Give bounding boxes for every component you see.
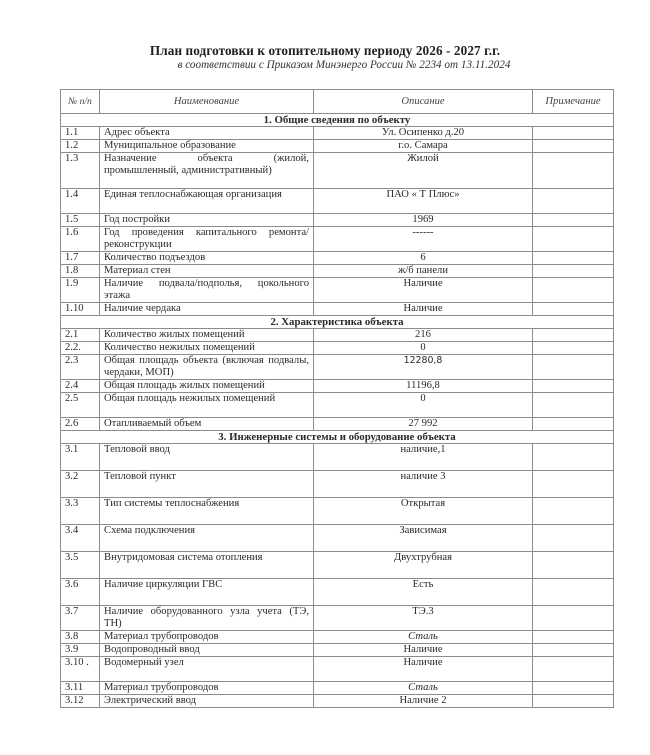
row-name: Количество нежилых помещений (100, 342, 314, 355)
row-note (533, 342, 614, 355)
table-row: 3.10 .Водомерный узелНаличие (61, 657, 614, 682)
row-name: Тепловой пункт (100, 471, 314, 498)
row-note (533, 380, 614, 393)
row-note (533, 127, 614, 140)
row-name: Внутридомовая система отопления (100, 552, 314, 579)
row-name: Количество жилых помещений (100, 329, 314, 342)
header-num: № п/п (61, 90, 100, 114)
row-note (533, 471, 614, 498)
row-name: Водопроводный ввод (100, 644, 314, 657)
row-note (533, 631, 614, 644)
row-note (533, 606, 614, 631)
row-number: 3.4 (61, 525, 100, 552)
row-note (533, 393, 614, 418)
row-description: Двухтрубная (314, 552, 533, 579)
header-description: Описание (314, 90, 533, 114)
row-description: 11196,8 (314, 380, 533, 393)
row-note (533, 418, 614, 431)
row-name: Год проведения капитального ремонта/реко… (100, 227, 314, 252)
row-number: 3.2 (61, 471, 100, 498)
document-title: План подготовки к отопительному периоду … (0, 43, 650, 59)
table-row: 3.2Тепловой пунктналичие 3 (61, 471, 614, 498)
row-note (533, 579, 614, 606)
table-row: 3.9Водопроводный вводНаличие (61, 644, 614, 657)
row-description: 1969 (314, 214, 533, 227)
row-description: Наличие (314, 303, 533, 316)
table-row: 1.1Адрес объектаУл. Осипенко д.20 (61, 127, 614, 140)
row-note (533, 657, 614, 682)
section-title: 2. Характеристика объекта (61, 316, 614, 329)
row-description: Наличие (314, 644, 533, 657)
row-number: 3.1 (61, 444, 100, 471)
row-note (533, 695, 614, 708)
row-description: ТЭ.3 (314, 606, 533, 631)
row-description: Сталь (314, 682, 533, 695)
table-row: 3.6Наличие циркуляции ГВСЕсть (61, 579, 614, 606)
row-number: 1.5 (61, 214, 100, 227)
row-number: 1.1 (61, 127, 100, 140)
row-number: 2.5 (61, 393, 100, 418)
table-row: 2.5Общая площадь нежилых помещений0 (61, 393, 614, 418)
header-name: Наименование (100, 90, 314, 114)
section-title: 1. Общие сведения по объекту (61, 114, 614, 127)
table-row: 3.8Материал трубопроводовСталь (61, 631, 614, 644)
row-note (533, 552, 614, 579)
row-note (533, 140, 614, 153)
row-number: 1.9 (61, 278, 100, 303)
row-name: Наличие чердака (100, 303, 314, 316)
row-description: 27 992 (314, 418, 533, 431)
section-header-row: 3. Инженерные системы и оборудование объ… (61, 431, 614, 444)
table-row: 1.8Материал стенж/б панели (61, 265, 614, 278)
row-number: 3.12 (61, 695, 100, 708)
row-number: 1.2 (61, 140, 100, 153)
table-row: 3.7Наличие оборудованного узла учета (ТЭ… (61, 606, 614, 631)
section-header-row: 2. Характеристика объекта (61, 316, 614, 329)
row-name: Муниципальное образование (100, 140, 314, 153)
document-subtitle: в соответствии с Приказом Минэнерго Росс… (0, 59, 650, 71)
row-name: Материал стен (100, 265, 314, 278)
row-description: 0 (314, 342, 533, 355)
row-note (533, 355, 614, 380)
row-number: 3.11 (61, 682, 100, 695)
row-description: наличие,1 (314, 444, 533, 471)
row-description: 6 (314, 252, 533, 265)
row-number: 2.1 (61, 329, 100, 342)
row-name: Схема подключения (100, 525, 314, 552)
row-number: 3.8 (61, 631, 100, 644)
row-name: Тип системы теплоснабжения (100, 498, 314, 525)
row-description: г.о. Самара (314, 140, 533, 153)
row-name: Количество подъездов (100, 252, 314, 265)
section-title: 3. Инженерные системы и оборудование объ… (61, 431, 614, 444)
row-description: Наличие (314, 657, 533, 682)
row-name: Общая площадь нежилых помещений (100, 393, 314, 418)
table-row: 2.2.Количество нежилых помещений0 (61, 342, 614, 355)
row-note (533, 265, 614, 278)
row-name: Единая теплоснабжающая организация (100, 189, 314, 214)
row-description: ------ (314, 227, 533, 252)
table-row: 2.6Отапливаемый объем27 992 (61, 418, 614, 431)
row-name: Год постройки (100, 214, 314, 227)
row-note (533, 214, 614, 227)
row-number: 1.8 (61, 265, 100, 278)
row-note (533, 189, 614, 214)
row-number: 1.3 (61, 153, 100, 189)
row-note (533, 227, 614, 252)
row-description: наличие 3 (314, 471, 533, 498)
row-name: Материал трубопроводов (100, 682, 314, 695)
row-number: 3.10 . (61, 657, 100, 682)
table-header-row: № п/п Наименование Описание Примечание (61, 90, 614, 114)
row-name: Наличие подвала/подполья, цокольного эта… (100, 278, 314, 303)
row-name: Тепловой ввод (100, 444, 314, 471)
table-row: 3.3Тип системы теплоснабженияОткрытая (61, 498, 614, 525)
row-description: Наличие 2 (314, 695, 533, 708)
row-description: 216 (314, 329, 533, 342)
table-row: 2.4Общая площадь жилых помещений11196,8 (61, 380, 614, 393)
row-description: Открытая (314, 498, 533, 525)
table-row: 1.4Единая теплоснабжающая организацияПАО… (61, 189, 614, 214)
row-name: Общая площадь жилых помещений (100, 380, 314, 393)
table-row: 1.6Год проведения капитального ремонта/р… (61, 227, 614, 252)
row-note (533, 525, 614, 552)
row-note (533, 303, 614, 316)
table-row: 3.1Тепловой вводналичие,1 (61, 444, 614, 471)
row-description: Зависимая (314, 525, 533, 552)
row-name: Общая площадь объекта (включая подвалы, … (100, 355, 314, 380)
row-note (533, 252, 614, 265)
row-description: Жилой (314, 153, 533, 189)
row-note (533, 278, 614, 303)
row-name: Назначение объекта (жилой, промышленный,… (100, 153, 314, 189)
row-number: 3.3 (61, 498, 100, 525)
row-note (533, 153, 614, 189)
row-name: Наличие оборудованного узла учета (ТЭ, Т… (100, 606, 314, 631)
row-name: Адрес объекта (100, 127, 314, 140)
row-description: 12280,8 (314, 355, 533, 380)
table-row: 3.4Схема подключенияЗависимая (61, 525, 614, 552)
row-number: 2.3 (61, 355, 100, 380)
row-name: Наличие циркуляции ГВС (100, 579, 314, 606)
row-name: Водомерный узел (100, 657, 314, 682)
row-description: Ул. Осипенко д.20 (314, 127, 533, 140)
table-row: 1.9Наличие подвала/подполья, цокольного … (61, 278, 614, 303)
table-row: 1.5Год постройки1969 (61, 214, 614, 227)
header-note: Примечание (533, 90, 614, 114)
row-number: 3.6 (61, 579, 100, 606)
row-number: 3.9 (61, 644, 100, 657)
table-body: 1. Общие сведения по объекту1.1Адрес объ… (61, 114, 614, 708)
row-number: 2.4 (61, 380, 100, 393)
row-note (533, 444, 614, 471)
row-name: Материал трубопроводов (100, 631, 314, 644)
table-row: 2.1Количество жилых помещений216 (61, 329, 614, 342)
row-note (533, 644, 614, 657)
row-number: 1.10 (61, 303, 100, 316)
row-number: 1.6 (61, 227, 100, 252)
row-description: ПАО « Т Плюс» (314, 189, 533, 214)
row-description: Есть (314, 579, 533, 606)
row-description: 0 (314, 393, 533, 418)
table-row: 3.11Материал трубопроводовСталь (61, 682, 614, 695)
row-description: Наличие (314, 278, 533, 303)
row-number: 2.6 (61, 418, 100, 431)
table-row: 3.12Электрический вводНаличие 2 (61, 695, 614, 708)
row-name: Электрический ввод (100, 695, 314, 708)
table-row: 1.2Муниципальное образованиег.о. Самара (61, 140, 614, 153)
row-number: 1.4 (61, 189, 100, 214)
row-note (533, 329, 614, 342)
table-row: 1.10Наличие чердакаНаличие (61, 303, 614, 316)
plan-table: № п/п Наименование Описание Примечание 1… (60, 89, 614, 708)
row-number: 2.2. (61, 342, 100, 355)
row-note (533, 682, 614, 695)
table-row: 2.3Общая площадь объекта (включая подвал… (61, 355, 614, 380)
row-name: Отапливаемый объем (100, 418, 314, 431)
row-description: Сталь (314, 631, 533, 644)
row-description: ж/б панели (314, 265, 533, 278)
table-row: 1.3Назначение объекта (жилой, промышленн… (61, 153, 614, 189)
row-number: 3.7 (61, 606, 100, 631)
row-number: 3.5 (61, 552, 100, 579)
row-number: 1.7 (61, 252, 100, 265)
section-header-row: 1. Общие сведения по объекту (61, 114, 614, 127)
table-row: 1.7Количество подъездов6 (61, 252, 614, 265)
table-row: 3.5Внутридомовая система отопленияДвухтр… (61, 552, 614, 579)
row-note (533, 498, 614, 525)
